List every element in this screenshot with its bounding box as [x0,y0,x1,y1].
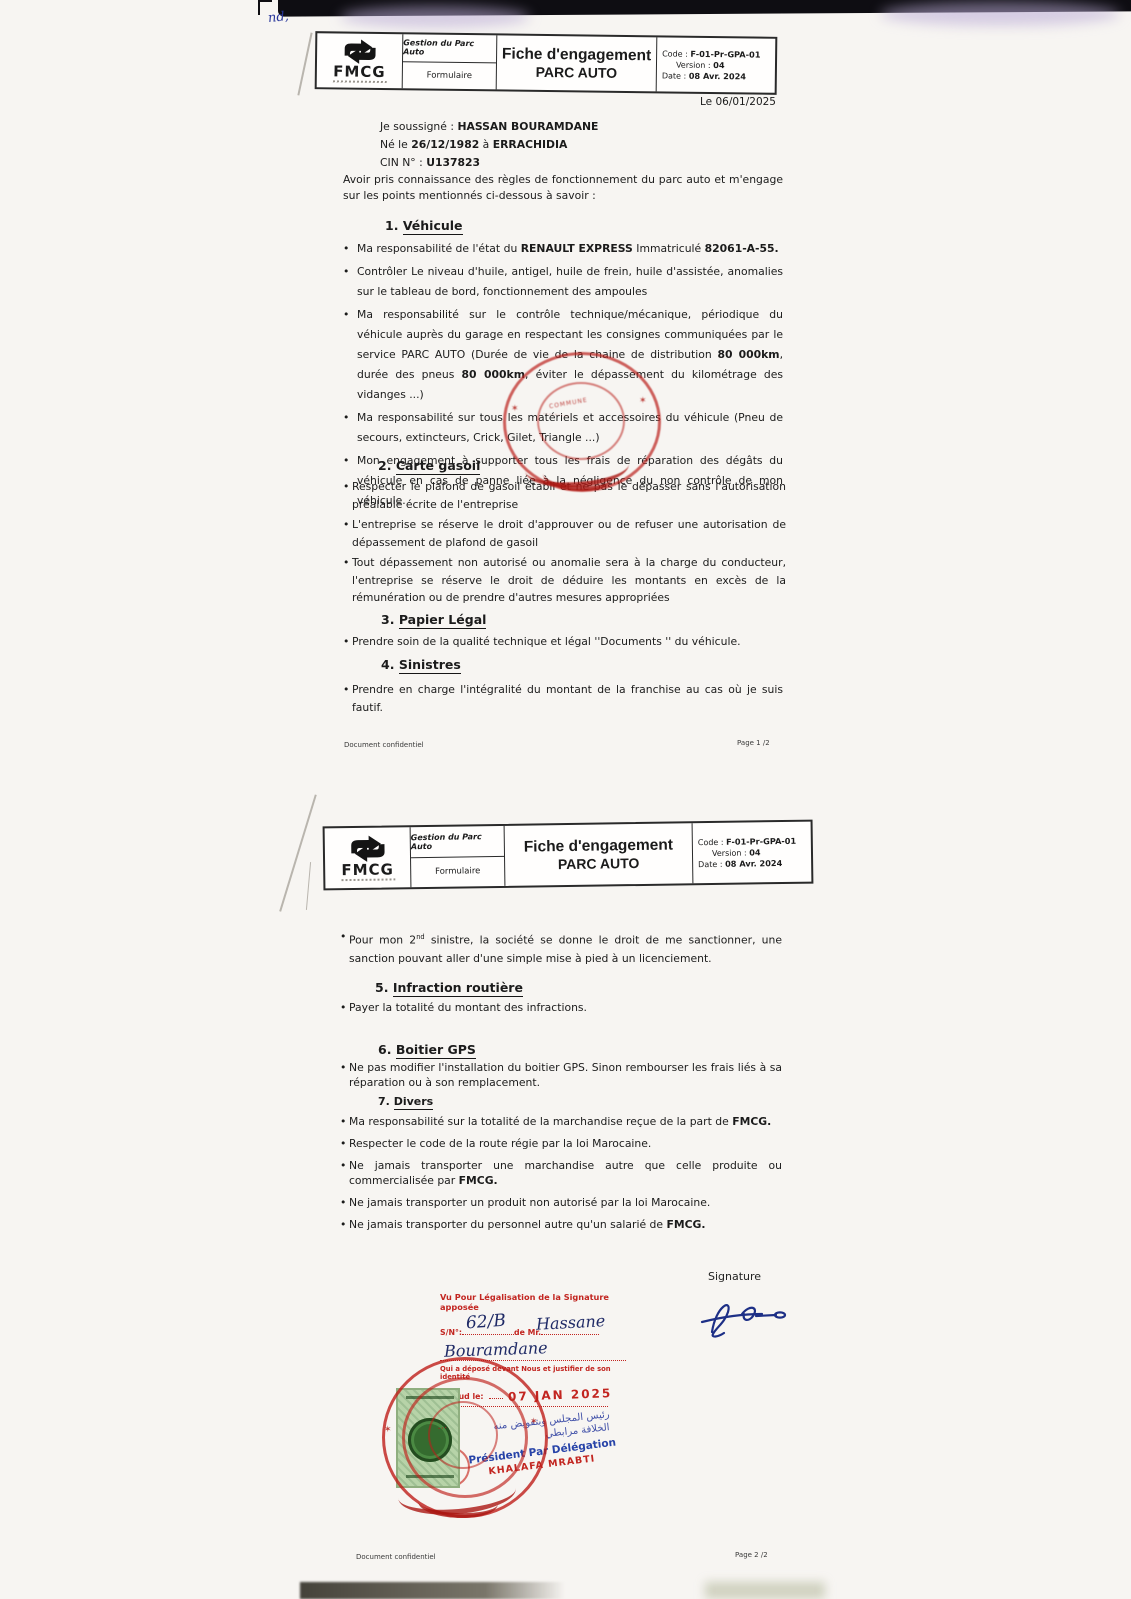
title-line2: PARC AUTO [558,855,640,873]
section-bullets: Respecter le plafond de gasoil établi et… [343,478,786,607]
paper-edge-line [279,794,316,911]
bullet-item: Pour mon 2nd sinistre, la société se don… [340,928,782,969]
bullet-item: Ma responsabilité de l'état du RENAULT E… [343,239,783,259]
section-bullets: Pour mon 2nd sinistre, la société se don… [340,928,782,969]
bullet-item: Ne jamais transporter un produit non aut… [340,1195,782,1210]
section-bullets: Prendre en charge l'intégralité du monta… [343,681,783,716]
footer-confidential: Document confidentiel [356,1553,436,1561]
legalization-title: Vu Pour Légalisation de la Signature app… [440,1292,626,1312]
footer-page-number: Page 2 /2 [735,1551,768,1559]
footer-page-number: Page 1 /2 [737,739,770,747]
legalization-line2: Qui a déposé devant Nous et justifier de… [440,1365,626,1381]
bullet-item: Ma responsabilité sur la totalité de la … [340,1114,782,1129]
stamp-center-seal [408,1418,452,1462]
date-line: Date : 08 Avr. 2024 [698,858,782,870]
form-header-page1: FMCG Gestion du Parc Auto Formulaire Fic… [315,31,778,95]
bullet-item: Tout dépassement non autorisé ou anomali… [343,554,786,607]
handwritten-margin-note: nd, [267,9,289,26]
scan-bottom-shadow [300,1582,565,1599]
header-meta-cell: Code : F-01-Pr-GPA-01 Version : 04 Date … [693,822,812,884]
title-line2: PARC AUTO [536,63,618,81]
section-heading: 6. Boitier GPS [340,1042,782,1057]
handwritten-lastname: Bouramdane [444,1338,548,1361]
bullet-item: L'entreprise se réserve le droit d'appro… [343,516,786,551]
section-heading: 1. Véhicule [343,218,783,233]
signature-label: Signature [708,1270,761,1283]
sinistre-continuation: Pour mon 2nd sinistre, la société se don… [340,928,782,972]
footer-confidential: Document confidentiel [344,741,424,749]
paper-edge-line [306,862,311,910]
version-line: Version : 04 [662,59,725,71]
header-meta-cell: Code : F-01-Pr-GPA-01 Version : 04 Date … [657,37,776,92]
dept-label: Gestion du Parc Auto [411,826,504,858]
version-line: Version : 04 [698,847,761,859]
date-row: Arfoud le: 07 JAN 2025 [440,1384,626,1407]
section-papier-legal: 3. Papier Légal Prendre soin de la quali… [343,612,783,654]
form-type-label: Formulaire [403,62,496,90]
legalization-stamp: Vu Pour Légalisation de la Signature app… [440,1292,626,1469]
code-line: Code : F-01-Pr-GPA-01 [698,835,796,847]
letter-date: Le 06/01/2025 [700,96,776,108]
handwritten-signature [696,1292,796,1352]
section-sinistres: 4. Sinistres Prendre en charge l'intégra… [343,657,783,719]
section-carte-gasoil: 2. Carte gasoil Respecter le plafond de … [343,458,786,610]
section-bullets: Ne pas modifier l'installation du boitie… [340,1060,782,1090]
logo-tagline [332,80,386,83]
bullet-item: Ma responsabilité sur le contrôle techni… [343,305,783,405]
header-dept-cell: Gestion du Parc Auto Formulaire [411,826,506,887]
intro-paragraph: Avoir pris connaissance des règles de fo… [343,172,783,203]
section-heading: 4. Sinistres [343,657,783,672]
section-heading: 7. Divers [340,1095,782,1108]
dept-label: Gestion du Parc Auto [403,34,496,63]
handwritten-firstname: Hassane [536,1311,606,1334]
stamp-text-bar [406,1475,454,1478]
form-type-label: Formulaire [411,856,504,887]
section-heading: 5. Infraction routière [340,980,782,995]
bullet-item: Respecter le code de la route régie par … [340,1136,782,1151]
title-line1: Fiche d'engagement [502,45,651,65]
cin-line: CIN N° : U137823 [380,154,820,172]
section-heading: 2. Carte gasoil [343,458,786,473]
header-dept-cell: Gestion du Parc Auto Formulaire [403,34,498,89]
title-line1: Fiche d'engagement [524,836,673,856]
bullet-item: Respecter le plafond de gasoil établi et… [343,478,786,513]
logo-tagline [341,878,395,881]
bullet-item: Ma responsabilité sur tous les matériels… [343,408,783,448]
birth-line: Né le 26/12/1982 à ERRACHIDIA [380,136,820,154]
serial-row: S/N°:de Mr. 62/B Hassane [440,1320,626,1340]
date-stamp: 07 JAN 2025 [508,1386,613,1404]
section-infraction: 5. Infraction routière Payer la totalité… [340,980,782,1020]
bullet-item: Ne pas modifier l'installation du boitie… [340,1060,782,1090]
bullet-item: Ne jamais transporter du personnel autre… [340,1217,782,1232]
logo-text: FMCG [333,64,386,79]
section-divers: 7. Divers Ma responsabilité sur la total… [340,1095,782,1239]
paper-edge-line [297,33,312,96]
fiscal-green-stamp [396,1388,460,1488]
document-title: Fiche d'engagement PARC AUTO [505,823,694,886]
serial-label: S/N°: [440,1328,462,1337]
section-heading: 3. Papier Légal [343,612,783,627]
declarant-info: Je soussigné : HASSAN BOURAMDANE Né le 2… [380,118,820,172]
document-title: Fiche d'engagement PARC AUTO [497,35,658,91]
bullet-item: Ne jamais transporter une marchandise au… [340,1158,782,1188]
scan-smear [880,2,1120,26]
section-boitier-gps: 6. Boitier GPS Ne pas modifier l'install… [340,1042,782,1097]
declarant-name-line: Je soussigné : HASSAN BOURAMDANE [380,118,820,136]
bullet-item: Contrôler Le niveau d'huile, antigel, hu… [343,262,783,302]
scan-bottom-smudge [705,1582,825,1599]
form-header-page2: FMCG Gestion du Parc Auto Formulaire Fic… [323,820,814,891]
section-bullets: Payer la totalité du montant des infract… [340,999,782,1017]
scanned-document: nd, FMCG Gestion du Parc Auto Formulaire… [0,0,1131,1599]
company-logo: FMCG [317,33,404,88]
section-bullets: Ma responsabilité sur la totalité de la … [340,1114,782,1232]
date-line: Date : 08 Avr. 2024 [662,70,746,82]
scan-smear [340,6,530,28]
bullet-item: Prendre en charge l'intégralité du monta… [343,681,783,716]
bullet-item: Prendre soin de la qualité technique et … [343,633,783,651]
stamp-text-bar [406,1396,454,1399]
section-bullets: Prendre soin de la qualité technique et … [343,633,783,651]
handwritten-serial: 62/B [465,1311,506,1334]
fmcg-logo-icon [344,834,390,863]
fmcg-logo-icon [337,38,381,65]
company-logo: FMCG [325,827,412,888]
bullet-item: Payer la totalité du montant des infract… [340,999,782,1017]
name-row: Bouramdane [440,1340,626,1361]
logo-text: FMCG [341,862,394,877]
